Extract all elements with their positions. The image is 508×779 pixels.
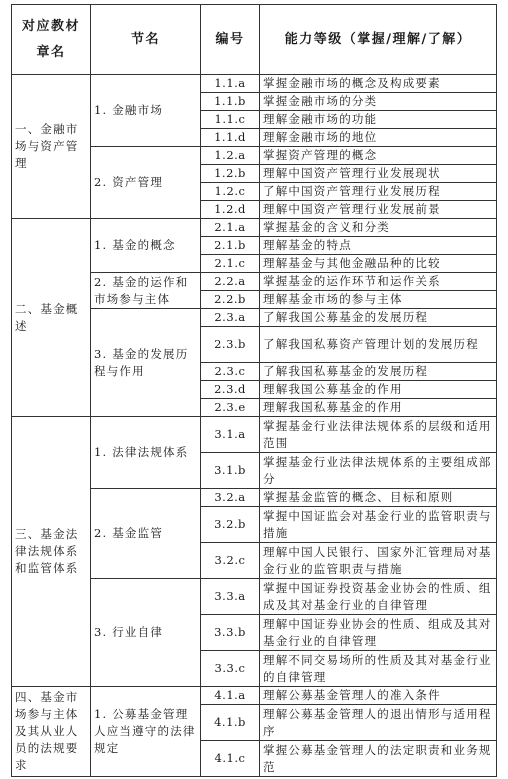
- table-body: 一、金融市场与资产管理1. 金融市场1.1.a掌握金融市场的概念及构成要素1.1…: [12, 75, 497, 777]
- item-code: 2.1.a: [201, 219, 260, 237]
- item-code: 3.1.a: [201, 417, 260, 453]
- item-code: 2.3.a: [201, 309, 260, 327]
- section-cell: 2. 基金的运作和市场参与主体: [91, 273, 201, 309]
- table-row: 四、基金市场参与主体及其从业人员的法规要求1. 公募基金管理人应当遵守的法律规定…: [12, 687, 497, 705]
- item-ability: 理解中国资产管理行业发展现状: [260, 165, 497, 183]
- item-ability: 理解基金市场的参与主体: [260, 291, 497, 309]
- item-ability: 掌握基金的含义和分类: [260, 219, 497, 237]
- chapter-cell: 一、金融市场与资产管理: [12, 75, 91, 219]
- item-code: 2.2.a: [201, 273, 260, 291]
- section-cell: 1. 公募基金管理人应当遵守的法律规定: [91, 687, 201, 777]
- item-ability: 理解金融市场的地位: [260, 129, 497, 147]
- item-code: 1.1.b: [201, 93, 260, 111]
- item-code: 3.3.b: [201, 615, 260, 651]
- item-ability: 掌握资产管理的概念: [260, 147, 497, 165]
- item-ability: 了解我国私募资产管理计划的发展历程: [260, 327, 497, 363]
- item-code: 1.2.a: [201, 147, 260, 165]
- section-cell: 2. 基金监管: [91, 489, 201, 579]
- item-ability: 理解基金的特点: [260, 237, 497, 255]
- section-cell: 1. 金融市场: [91, 75, 201, 147]
- item-code: 1.1.d: [201, 129, 260, 147]
- item-code: 1.2.b: [201, 165, 260, 183]
- item-ability: 了解我国公募基金的发展历程: [260, 309, 497, 327]
- table-row: 三、基金法律法规体系和监管体系1. 法律法规体系3.1.a掌握基金行业法律法规体…: [12, 417, 497, 453]
- item-ability: 掌握金融市场的概念及构成要素: [260, 75, 497, 93]
- item-ability: 理解我国公募基金的作用: [260, 381, 497, 399]
- item-code: 4.1.c: [201, 741, 260, 777]
- item-code: 3.3.c: [201, 651, 260, 687]
- item-ability: 理解中国资产管理行业发展前景: [260, 201, 497, 219]
- item-ability: 掌握基金行业法律法规体系的主要组成部分: [260, 453, 497, 489]
- item-ability: 掌握基金行业法律法规体系的层级和适用范围: [260, 417, 497, 453]
- item-ability: 掌握中国证券投资基金业协会的性质、组成及其对基金行业的自律管理: [260, 579, 497, 615]
- header-chapter: 对应教材章名: [12, 5, 91, 75]
- syllabus-table: 对应教材章名 节名 编号 能力等级（掌握/理解/了解） 一、金融市场与资产管理1…: [11, 4, 497, 777]
- item-ability: 掌握公募基金管理人的法定职责和业务规范: [260, 741, 497, 777]
- item-ability: 掌握金融市场的分类: [260, 93, 497, 111]
- item-code: 3.1.b: [201, 453, 260, 489]
- item-ability: 理解不同交易场所的性质及其对基金行业的自律管理: [260, 651, 497, 687]
- chapter-cell: 三、基金法律法规体系和监管体系: [12, 417, 91, 687]
- section-cell: 3. 行业自律: [91, 579, 201, 687]
- item-code: 2.1.c: [201, 255, 260, 273]
- item-ability: 掌握基金监管的概念、目标和原则: [260, 489, 497, 507]
- item-code: 1.2.c: [201, 183, 260, 201]
- header-code: 编号: [201, 5, 260, 75]
- item-ability: 理解公募基金管理人的退出情形与适用程序: [260, 705, 497, 741]
- table-row: 一、金融市场与资产管理1. 金融市场1.1.a掌握金融市场的概念及构成要素: [12, 75, 497, 93]
- section-cell: 1. 基金的概念: [91, 219, 201, 273]
- item-ability: 理解我国私募基金的作用: [260, 399, 497, 417]
- section-cell: 3. 基金的发展历程与作用: [91, 309, 201, 417]
- item-ability: 了解我国私募基金的发展历程: [260, 363, 497, 381]
- item-code: 1.1.c: [201, 111, 260, 129]
- header-ability: 能力等级（掌握/理解/了解）: [260, 5, 497, 75]
- item-code: 2.1.b: [201, 237, 260, 255]
- chapter-cell: 二、基金概述: [12, 219, 91, 417]
- item-ability: 理解公募基金管理人的准入条件: [260, 687, 497, 705]
- item-code: 1.1.a: [201, 75, 260, 93]
- item-ability: 理解中国人民银行、国家外汇管理局对基金行业的监管职责与措施: [260, 543, 497, 579]
- item-code: 4.1.a: [201, 687, 260, 705]
- item-code: 2.3.b: [201, 327, 260, 363]
- item-code: 3.3.a: [201, 579, 260, 615]
- item-code: 3.2.c: [201, 543, 260, 579]
- item-ability: 理解基金与其他金融品种的比较: [260, 255, 497, 273]
- item-ability: 理解中国证券业协会的性质、组成及其对基金行业的自律管理: [260, 615, 497, 651]
- chapter-cell: 四、基金市场参与主体及其从业人员的法规要求: [12, 687, 91, 777]
- item-code: 2.2.b: [201, 291, 260, 309]
- item-code: 2.3.c: [201, 363, 260, 381]
- item-ability: 理解金融市场的功能: [260, 111, 497, 129]
- item-ability: 了解中国资产管理行业发展历程: [260, 183, 497, 201]
- item-code: 3.2.b: [201, 507, 260, 543]
- item-code: 2.3.d: [201, 381, 260, 399]
- item-code: 2.3.e: [201, 399, 260, 417]
- item-code: 3.2.a: [201, 489, 260, 507]
- section-cell: 2. 资产管理: [91, 147, 201, 219]
- section-cell: 1. 法律法规体系: [91, 417, 201, 489]
- item-ability: 掌握基金的运作环节和运作关系: [260, 273, 497, 291]
- table-row: 二、基金概述1. 基金的概念2.1.a掌握基金的含义和分类: [12, 219, 497, 237]
- header-section: 节名: [91, 5, 201, 75]
- item-code: 1.2.d: [201, 201, 260, 219]
- header-row: 对应教材章名 节名 编号 能力等级（掌握/理解/了解）: [12, 5, 497, 75]
- item-code: 4.1.b: [201, 705, 260, 741]
- item-ability: 掌握中国证监会对基金行业的监管职责与措施: [260, 507, 497, 543]
